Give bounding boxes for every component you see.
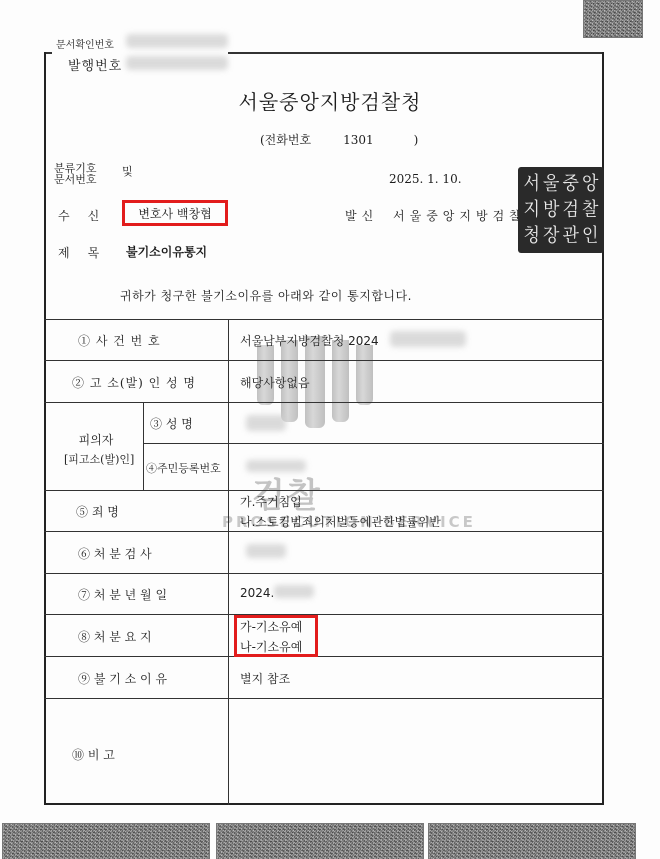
non-indictment-reason-value: 별지 참조 bbox=[240, 670, 290, 687]
seal-char: 방 bbox=[543, 197, 561, 223]
suspect-id-redacted bbox=[246, 460, 306, 472]
suspect-sub-label: [피고소(발)인] bbox=[64, 451, 134, 467]
phone-close: ) bbox=[414, 133, 419, 147]
notice-sentence: 귀하가 청구한 불기소이유를 아래와 같이 통지합니다. bbox=[120, 287, 412, 304]
disposition-date-value: 2024. bbox=[240, 586, 274, 600]
recipient-value-highlighted: 변호사 백창협 bbox=[122, 200, 228, 226]
seal-char: 찰 bbox=[582, 197, 600, 223]
complainant-value: 해당사항없음 bbox=[240, 374, 310, 391]
charge-value-1: 가.주거침입 bbox=[240, 493, 302, 510]
complainant-label: ② 고 소(발) 인 성 명 bbox=[72, 374, 196, 391]
suspect-name-label: ③ 성 명 bbox=[150, 415, 193, 432]
charge-label: ⑤ 죄 명 bbox=[76, 503, 119, 520]
sender-line: 발신 서울중앙지방검찰청 bbox=[345, 207, 542, 224]
seal-char: 장 bbox=[543, 223, 561, 249]
prosecutor-label: ⑥ 처 분 검 사 bbox=[78, 545, 152, 562]
seal-char: 서 bbox=[523, 171, 541, 197]
phone-number: 1301 bbox=[343, 133, 374, 147]
seal-char: 인 bbox=[582, 223, 600, 249]
prosecutor-redacted bbox=[246, 544, 286, 558]
classification-line2: 문서번호 bbox=[54, 174, 97, 185]
remarks-label: ⑩ 비 고 bbox=[72, 746, 115, 763]
non-indictment-reason-label: ⑨ 불 기 소 이 유 bbox=[78, 670, 167, 687]
security-pattern-bottom-2 bbox=[216, 823, 424, 859]
disposition-date-label: ⑦ 처 분 년 월 일 bbox=[78, 586, 167, 603]
disposition-summary-label: ⑧ 처 분 요 지 bbox=[78, 628, 152, 645]
subject-label: 제목 bbox=[58, 244, 117, 261]
issue-number-label: 발행번호 bbox=[68, 55, 122, 74]
seal-char: 청 bbox=[523, 223, 541, 249]
official-seal: 서 울 중 앙 지 방 검 찰 청 장 관 인 bbox=[518, 167, 604, 253]
recipient-label: 수신 bbox=[58, 207, 117, 224]
seal-char: 중 bbox=[562, 171, 580, 197]
disposition-summary-value-2: 나-기소유예 bbox=[240, 638, 302, 655]
security-pattern-bottom-3 bbox=[428, 823, 636, 859]
case-number-value: 서울남부지방검찰청 2024 bbox=[240, 332, 379, 349]
seal-char: 울 bbox=[543, 171, 561, 197]
suspect-group-label: 피의자 bbox=[74, 431, 118, 448]
disposition-summary-value-1: 가-기소유예 bbox=[240, 618, 302, 635]
suspect-name-redacted bbox=[246, 415, 286, 431]
issue-number-redacted bbox=[126, 56, 228, 70]
doc-confirm-label: 문서확인번호 bbox=[56, 36, 114, 51]
seal-char: 앙 bbox=[582, 171, 600, 197]
suspect-label: 피의자 bbox=[74, 431, 118, 448]
doc-confirm-number-redacted bbox=[126, 34, 228, 48]
classification-and: 및 bbox=[122, 166, 133, 177]
agency-title: 서울중앙지방검찰청 bbox=[0, 86, 660, 115]
seal-char: 관 bbox=[562, 223, 580, 249]
sender-label: 발신 bbox=[345, 209, 378, 223]
charge-value-2: 나.스토킹범죄의처벌등에관한법률위반 bbox=[240, 513, 441, 530]
disposition-date-redacted bbox=[274, 585, 314, 598]
security-pattern-top bbox=[583, 0, 643, 38]
case-number-redacted bbox=[390, 331, 466, 347]
phone-line: (전화번호1301) bbox=[260, 131, 418, 148]
security-pattern-bottom-1 bbox=[2, 823, 210, 859]
case-number-label: ① 사 건 번 호 bbox=[78, 332, 161, 349]
phone-label: (전화번호 bbox=[260, 133, 311, 147]
recipient-value: 변호사 백창협 bbox=[138, 205, 211, 222]
classification-label: 분류기호 문서번호 및 bbox=[54, 163, 97, 185]
suspect-id-label: ④주민등록번호 bbox=[146, 460, 221, 476]
document-date: 2025. 1. 10. bbox=[389, 172, 462, 186]
subject-value: 불기소이유통지 bbox=[126, 243, 207, 260]
seal-char: 지 bbox=[523, 197, 541, 223]
seal-char: 검 bbox=[562, 197, 580, 223]
